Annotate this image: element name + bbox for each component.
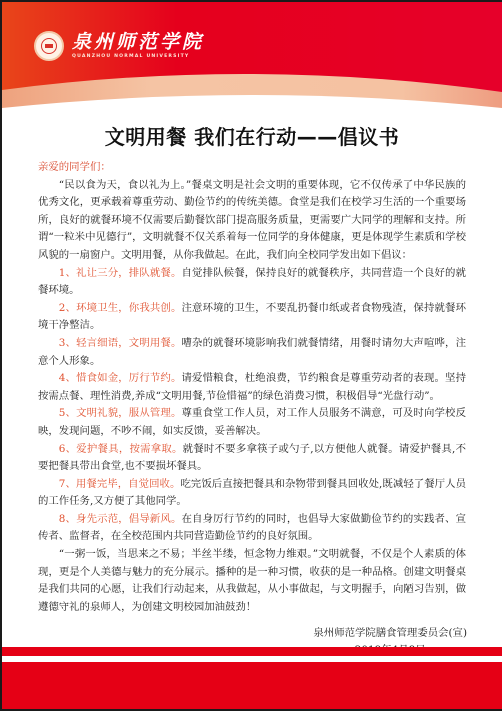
proposal-item-3: 3、轻言细语，文明用餐。嘈杂的就餐环境影响我们就餐情绪，用餐时请勿大声喧哗，注意… <box>38 335 466 370</box>
proposal-heading: 8、身先示范，倡导新风。 <box>59 513 182 525</box>
university-name-en: QUANZHOU NORMAL UNIVERSITY <box>72 53 204 61</box>
proposal-heading: 3、轻言细语，文明用餐。 <box>59 337 182 349</box>
proposal-item-6: 6、爱护餐具，按需拿取。就餐时不要多拿筷子或勺子,以方便他人就餐。请爱护餐具,不… <box>38 441 466 476</box>
proposal-item-8: 8、身先示范，倡导新风。在自身厉行节约的同时，也倡导大家做勤俭节约的实践者、宣传… <box>38 511 466 546</box>
document-body: 亲爱的同学们： “民以食为天，食以礼为上。”餐桌文明是社会文明的重要体现，它不仅… <box>38 159 466 616</box>
footer-band <box>2 662 502 709</box>
proposal-item-4: 4、惜食如金，厉行节约。请爱惜粮食，杜绝浪费，节约粮食是尊重劳动者的表现。坚持按… <box>38 370 466 405</box>
proposal-item-2: 2、环境卫生，你我共创。注意环境的卫生，不要乱扔餐巾纸或者食物残渣，保持就餐环境… <box>38 300 466 335</box>
greeting: 亲爱的同学们： <box>38 159 466 177</box>
signature-organization: 泉州师范学院膳食管理委员会(宣) <box>313 625 467 642</box>
university-logo: 泉州师范学院 QUANZHOU NORMAL UNIVERSITY <box>34 28 204 64</box>
university-seal-icon <box>34 31 64 61</box>
intro-paragraph: “民以食为天，食以礼为上。”餐桌文明是社会文明的重要体现，它不仅传承了中华民族的… <box>38 177 466 265</box>
proposal-heading: 1、礼让三分，排队就餐。 <box>59 267 182 279</box>
proposal-item-7: 7、用餐完毕，自觉回收。吃完饭后直接把餐具和杂物带到餐具回收处,既减轻了餐厅人员… <box>38 476 466 511</box>
proposal-heading: 6、爱护餐具，按需拿取。 <box>59 443 183 455</box>
proposal-item-5: 5、文明礼貌，服从管理。尊重食堂工作人员，对工作人员服务不满意，可及时向学校反映… <box>38 405 466 440</box>
closing-paragraph: “一粥一饭，当思来之不易；半丝半缕，恒念物力维艰。”文明就餐，不仅是个人素质的体… <box>38 546 466 616</box>
footer-stripe-thin <box>2 647 502 656</box>
proposal-item-1: 1、礼让三分，排队就餐。自觉排队候餐，保持良好的就餐秩序，共同营造一个良好的就餐… <box>38 265 466 300</box>
proposal-heading: 5、文明礼貌，服从管理。 <box>59 407 182 419</box>
university-name-cn: 泉州师范学院 <box>72 31 204 53</box>
proposal-heading: 4、惜食如金，厉行节约。 <box>59 372 182 384</box>
header-banner: 泉州师范学院 QUANZHOU NORMAL UNIVERSITY <box>2 2 502 120</box>
proposal-heading: 2、环境卫生，你我共创。 <box>59 302 182 314</box>
poster-page: 泉州师范学院 QUANZHOU NORMAL UNIVERSITY 文明用餐 我… <box>2 2 502 709</box>
proposal-heading: 7、用餐完毕，自觉回收。 <box>59 478 181 490</box>
document-title: 文明用餐 我们在行动——倡议书 <box>2 121 502 150</box>
